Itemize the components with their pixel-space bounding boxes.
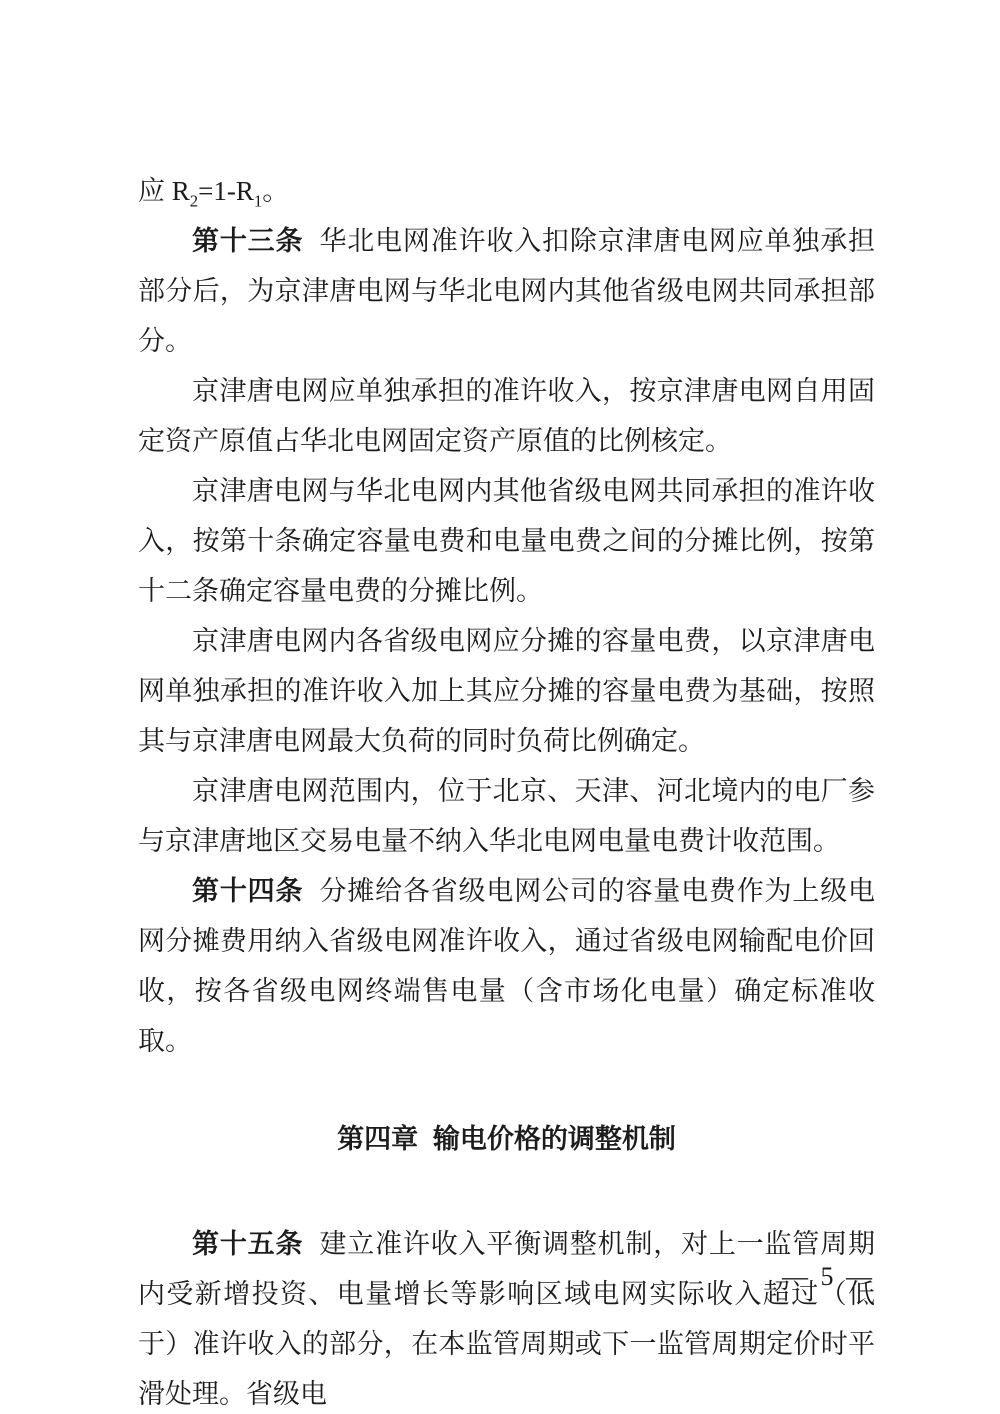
paragraph: 京津唐电网应单独承担的准许收入，按京津唐电网自用固定资产原值占华北电网固定资产原… xyxy=(138,366,875,466)
article-number: 第十四条 xyxy=(192,876,303,906)
paragraph: 第十四条分摊给各省级电网公司的容量电费作为上级电网分摊费用纳入省级电网准许收入，… xyxy=(138,866,875,1066)
document-content: 应 R2=1-R1。 第十三条华北电网准许收入扣除京津唐电网应单独承担部分后，为… xyxy=(138,166,875,1414)
paragraph: 京津唐电网与华北电网内其他省级电网共同承担的准许收入，按第十条确定容量电费和电量… xyxy=(138,466,875,616)
formula-suffix: 。 xyxy=(262,176,289,206)
paragraph: 京津唐电网内各省级电网应分摊的容量电费，以京津唐电网单独承担的准许收入加上其应分… xyxy=(138,616,875,766)
chapter-heading: 第四章输电价格的调整机制 xyxy=(138,1114,875,1164)
paragraph-text: 京津唐电网应单独承担的准许收入，按京津唐电网自用固定资产原值占华北电网固定资产原… xyxy=(138,376,875,456)
formula-subscript: 1 xyxy=(254,191,262,210)
paragraph-text: 京津唐电网范围内，位于北京、天津、河北境内的电厂参与京津唐地区交易电量不纳入华北… xyxy=(138,776,875,856)
article-number: 第十三条 xyxy=(192,226,303,256)
document-page: 应 R2=1-R1。 第十三条华北电网准许收入扣除京津唐电网应单独承担部分后，为… xyxy=(0,0,1000,1414)
formula-subscript: 2 xyxy=(190,191,198,210)
formula-line: 应 R2=1-R1。 xyxy=(138,166,875,216)
chapter-title: 输电价格的调整机制 xyxy=(433,1124,676,1154)
chapter-number: 第四章 xyxy=(337,1124,418,1154)
formula-prefix: 应 R xyxy=(138,176,190,206)
paragraph-text: 京津唐电网内各省级电网应分摊的容量电费，以京津唐电网单独承担的准许收入加上其应分… xyxy=(138,626,875,756)
article-number: 第十五条 xyxy=(192,1229,303,1259)
paragraph: 京津唐电网范围内，位于北京、天津、河北境内的电厂参与京津唐地区交易电量不纳入华北… xyxy=(138,766,875,866)
formula-mid: =1-R xyxy=(198,176,254,206)
paragraph: 第十五条建立准许收入平衡调整机制，对上一监管周期内受新增投资、电量增长等影响区域… xyxy=(138,1219,875,1414)
paragraph-text: 京津唐电网与华北电网内其他省级电网共同承担的准许收入，按第十条确定容量电费和电量… xyxy=(138,476,875,606)
paragraph: 第十三条华北电网准许收入扣除京津唐电网应单独承担部分后，为京津唐电网与华北电网内… xyxy=(138,216,875,366)
page-number: — 5 — xyxy=(138,1262,875,1292)
